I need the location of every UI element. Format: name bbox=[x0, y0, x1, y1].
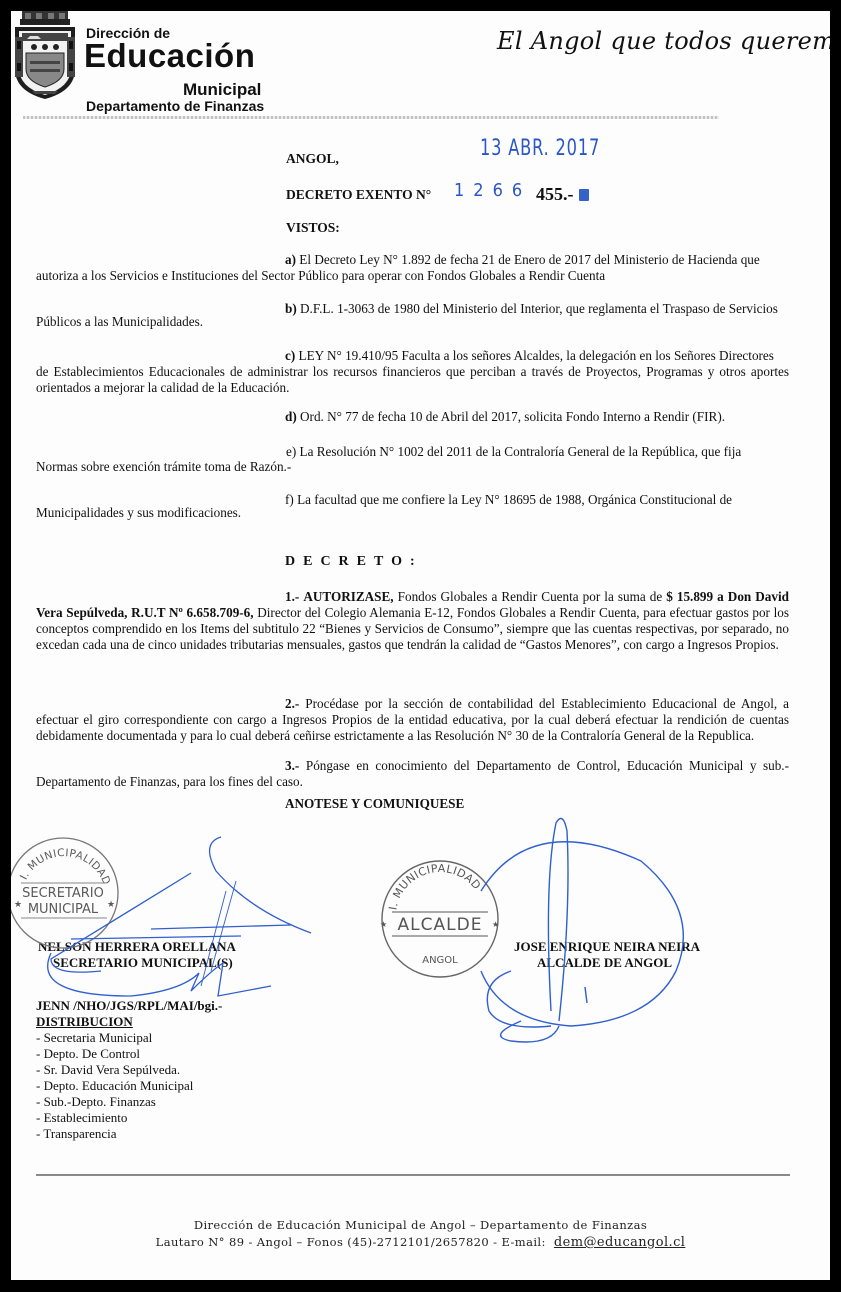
closing-formula: ANOTESE Y COMUNIQUESE bbox=[285, 796, 464, 812]
svg-text:I. MUNICIPALIDAD: I. MUNICIPALIDAD bbox=[386, 862, 483, 911]
vistos-letter: a) bbox=[285, 252, 296, 267]
footer-line-1: Dirección de Educación Municipal de Ango… bbox=[11, 1218, 830, 1232]
vistos-item-f-cont: Municipalidades y sus modificaciones. bbox=[36, 505, 241, 521]
distribution-item: - Sr. David Vera Sepúlveda. bbox=[36, 1062, 222, 1078]
vistos-text: El Decreto Ley N° 1.892 de fecha 21 de E… bbox=[299, 252, 759, 267]
item-number: 2.- bbox=[285, 696, 299, 711]
decree-label: DECRETO EXENTO N° bbox=[286, 187, 431, 203]
secretary-signature bbox=[48, 837, 311, 996]
header-divider bbox=[23, 116, 719, 119]
distribution-item: - Establecimiento bbox=[36, 1110, 222, 1126]
decreto-item-3: 3.- Póngase en conocimiento del Departam… bbox=[36, 758, 789, 790]
footer-email-link[interactable]: dem@educangol.cl bbox=[554, 1235, 685, 1250]
secretary-name: NELSON HERRERA ORELLANA bbox=[38, 939, 236, 955]
distribution-item: - Secretaria Municipal bbox=[36, 1030, 222, 1046]
footer-address: Lautaro N° 89 - Angol – Fonos (45)-27121… bbox=[156, 1235, 546, 1249]
city-label: ANGOL, bbox=[286, 151, 339, 167]
svg-text:★: ★ bbox=[380, 920, 387, 929]
svg-text:★: ★ bbox=[14, 900, 22, 910]
vistos-letter: b) bbox=[285, 301, 297, 316]
vistos-item-a: a) El Decreto Ley N° 1.892 de fecha 21 d… bbox=[36, 252, 789, 268]
svg-text:★: ★ bbox=[107, 900, 115, 910]
decree-number: 455.- bbox=[536, 184, 574, 205]
decree-stamp-number: 1266 bbox=[454, 180, 531, 201]
brand-line-4: Departamento de Finanzas bbox=[86, 98, 264, 114]
mayor-signature bbox=[481, 819, 683, 1043]
secretary-title: SECRETARIO MUNICIPAL(S) bbox=[53, 955, 233, 971]
footer-divider bbox=[36, 1174, 790, 1176]
distribution-item: - Depto. Educación Municipal bbox=[36, 1078, 222, 1094]
vistos-text: Ord. N° 77 de fecha 10 de Abril del 2017… bbox=[300, 409, 725, 424]
coat-of-arms-icon bbox=[12, 11, 78, 101]
document-page: Dirección de Educación Municipal Departa… bbox=[11, 11, 830, 1280]
secretary-stamp-icon: I. MUNICIPALIDAD SECRETARIO MUNICIPAL ★★ bbox=[11, 838, 118, 948]
decreto-item-2: 2.- Procédase por la sección de contabil… bbox=[36, 696, 789, 744]
item-number: 1.- bbox=[285, 589, 299, 604]
mayor-name: JOSE ENRIQUE NEIRA NEIRA bbox=[514, 939, 700, 955]
brand-line-2: Educación bbox=[84, 37, 255, 75]
vistos-item-e: e) La Resolución N° 1002 del 2011 de la … bbox=[286, 444, 741, 460]
vistos-item-c: c) LEY N° 19.410/95 Faculta a los señore… bbox=[36, 348, 789, 364]
vistos-letter: e) bbox=[286, 444, 296, 459]
vistos-text: LEY N° 19.410/95 Faculta a los señores A… bbox=[299, 348, 774, 363]
item-text: Fondos Globales a Rendir Cuenta por la s… bbox=[394, 589, 667, 604]
item-text: Procédase por la sección de contabilidad… bbox=[36, 696, 789, 743]
mayor-title: ALCALDE DE ANGOL bbox=[537, 955, 672, 971]
vistos-item-b-cont: Públicos a las Municipalidades. bbox=[36, 314, 203, 330]
vistos-letter: d) bbox=[285, 409, 297, 424]
item-lead: AUTORIZASE, bbox=[303, 589, 393, 604]
vistos-label: VISTOS: bbox=[286, 220, 340, 236]
stamp-mark-icon bbox=[579, 189, 589, 201]
vistos-text: La Resolución N° 1002 del 2011 de la Con… bbox=[300, 444, 742, 459]
decreto-heading: DECRETO: bbox=[285, 554, 423, 570]
vistos-letter: f) bbox=[285, 492, 294, 507]
distribution-item: - Transparencia bbox=[36, 1126, 222, 1142]
svg-text:SECRETARIO: SECRETARIO bbox=[22, 886, 104, 901]
distribution-title: DISTRIBUCION bbox=[36, 1014, 222, 1030]
svg-text:★: ★ bbox=[492, 920, 499, 929]
distribution-block: JENN /NHO/JGS/RPL/MAI/bgi.- DISTRIBUCION… bbox=[36, 998, 222, 1142]
motto: El Angol que todos queremos bbox=[497, 27, 830, 55]
date-stamp: 13 ABR. 2017 bbox=[480, 136, 600, 161]
mayor-stamp-icon: I. MUNICIPALIDAD ALCALDE ANGOL ★★ bbox=[380, 861, 499, 977]
initials: JENN /NHO/JGS/RPL/MAI/bgi.- bbox=[36, 998, 222, 1014]
vistos-item-e-cont: Normas sobre exención trámite toma de Ra… bbox=[36, 459, 291, 475]
footer-line-2: Lautaro N° 89 - Angol – Fonos (45)-27121… bbox=[11, 1235, 830, 1250]
vistos-text: D.F.L. 1-3063 de 1980 del Ministerio del… bbox=[300, 301, 778, 316]
distribution-item: - Sub.-Depto. Finanzas bbox=[36, 1094, 222, 1110]
decreto-item-1: 1.- AUTORIZASE, Fondos Globales a Rendir… bbox=[36, 589, 789, 653]
svg-text:I. MUNICIPALIDAD: I. MUNICIPALIDAD bbox=[18, 847, 113, 887]
vistos-letter: c) bbox=[285, 348, 295, 363]
item-text: Póngase en conocimiento del Departamento… bbox=[36, 758, 789, 789]
vistos-text: La facultad que me confiere la Ley N° 18… bbox=[297, 492, 732, 507]
svg-text:ALCALDE: ALCALDE bbox=[398, 915, 483, 935]
item-number: 3.- bbox=[285, 758, 299, 773]
svg-text:MUNICIPAL: MUNICIPAL bbox=[28, 902, 99, 917]
vistos-item-c-cont: de Establecimientos Educacionales de adm… bbox=[36, 364, 789, 396]
vistos-item-d: d) Ord. N° 77 de fecha 10 de Abril del 2… bbox=[36, 409, 789, 425]
brand-line-3: Municipal bbox=[183, 80, 261, 100]
vistos-item-a-cont: autoriza a los Servicios e Instituciones… bbox=[36, 268, 605, 284]
svg-text:ANGOL: ANGOL bbox=[422, 955, 458, 966]
distribution-item: - Depto. De Control bbox=[36, 1046, 222, 1062]
